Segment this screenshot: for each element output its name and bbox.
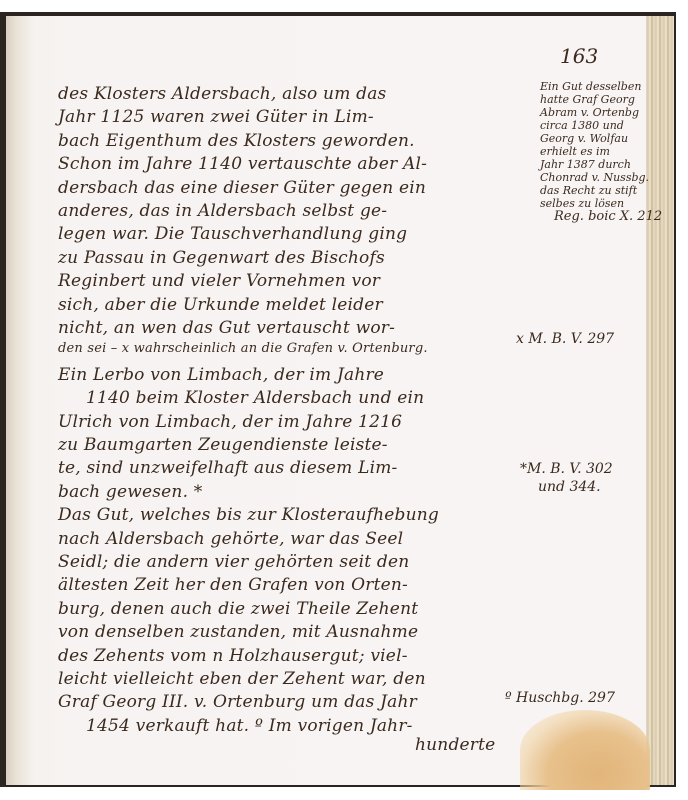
margin-note-mbv-302: *M. B. V. 302 und 344. (520, 460, 613, 496)
water-stain (520, 710, 650, 790)
margin-note-line: und 344. (520, 478, 613, 496)
manuscript-line: sich, aber die Urkunde meldet leider (58, 295, 383, 315)
manuscript-line: burg, denen auch die zwei Theile Zehent (58, 599, 418, 619)
margin-note-line: Chonrad v. Nussbg. (540, 171, 662, 184)
margin-note-line: erhielt es im (540, 145, 662, 158)
manuscript-line: Seidl; die andern vier gehörten seit den (58, 552, 409, 572)
manuscript-line: zu Passau in Gegenwart des Bischofs (58, 248, 385, 268)
margin-note-mbv-297: x M. B. V. 297 (516, 333, 614, 346)
manuscript-line: Ein Lerbo von Limbach, der im Jahre (58, 365, 384, 385)
page-number: 163 (560, 44, 598, 68)
manuscript-line: dersbach das eine dieser Güter gegen ein (58, 178, 426, 198)
margin-note-line: x M. B. V. 297 (516, 333, 614, 346)
manuscript-line: ältesten Zeit her den Grafen von Orten- (58, 575, 408, 595)
manuscript-line: Graf Georg III. v. Ortenburg um das Jahr (58, 692, 417, 712)
manuscript-line: 1454 verkauft hat. º Im vorigen Jahr- (86, 716, 413, 736)
margin-note-line: Georg v. Wolfau (540, 132, 662, 145)
manuscript-line: 1140 beim Kloster Aldersbach und ein (86, 388, 424, 408)
margin-note-line: circa 1380 und (540, 119, 662, 132)
manuscript-line: legen war. Die Tauschverhandlung ging (58, 224, 407, 244)
margin-note-line: Ein Gut desselben (540, 80, 662, 93)
margin-note-line: º Huschbg. 297 (505, 692, 615, 705)
manuscript-line: Das Gut, welches bis zur Klosteraufhebun… (58, 505, 439, 525)
manuscript-line: bach gewesen. * (58, 482, 203, 502)
manuscript-line: nicht, an wen das Gut vertauscht wor- (58, 318, 395, 338)
margin-note-huschbg: º Huschbg. 297 (505, 692, 615, 705)
manuscript-line: leicht vielleicht eben der Zehent war, d… (58, 669, 426, 689)
manuscript-line: Schon im Jahre 1140 vertauschte aber Al- (58, 154, 427, 174)
manuscript-line: bach Eigenthum des Klosters geworden. (58, 131, 415, 151)
margin-note-line: Abram v. Ortenbg (540, 106, 662, 119)
manuscript-line: Reginbert und vieler Vornehmen vor (58, 271, 380, 291)
margin-note-line: das Recht zu stift (540, 184, 662, 197)
margin-note-line: Reg. boic X. 212 (540, 210, 662, 223)
margin-note-line: Jahr 1387 durch (540, 158, 662, 171)
manuscript-line: den sei – x wahrscheinlich an die Grafen… (58, 341, 428, 356)
manuscript-line: nach Aldersbach gehörte, war das Seel (58, 529, 403, 549)
margin-note-limbach-1380: Ein Gut desselben hatte Graf Georg Abram… (540, 80, 662, 223)
manuscript-line: des Klosters Aldersbach, also um das (58, 84, 386, 104)
manuscript-line: von denselben zustanden, mit Ausnahme (58, 622, 418, 642)
manuscript-line: anderes, das in Aldersbach selbst ge- (58, 201, 387, 221)
manuscript-line: Ulrich von Limbach, der im Jahre 1216 (58, 412, 402, 432)
margin-note-line: *M. B. V. 302 (520, 460, 613, 478)
manuscript-line: hunderte (415, 735, 495, 755)
margin-note-line: hatte Graf Georg (540, 93, 662, 106)
manuscript-line: Jahr 1125 waren zwei Güter in Lim- (58, 107, 374, 127)
manuscript-line: te, sind unzweifelhaft aus diesem Lim- (58, 458, 398, 478)
manuscript-line: des Zehents vom n Holzhausergut; viel- (58, 646, 408, 666)
manuscript-line: zu Baumgarten Zeugendienste leiste- (58, 435, 388, 455)
